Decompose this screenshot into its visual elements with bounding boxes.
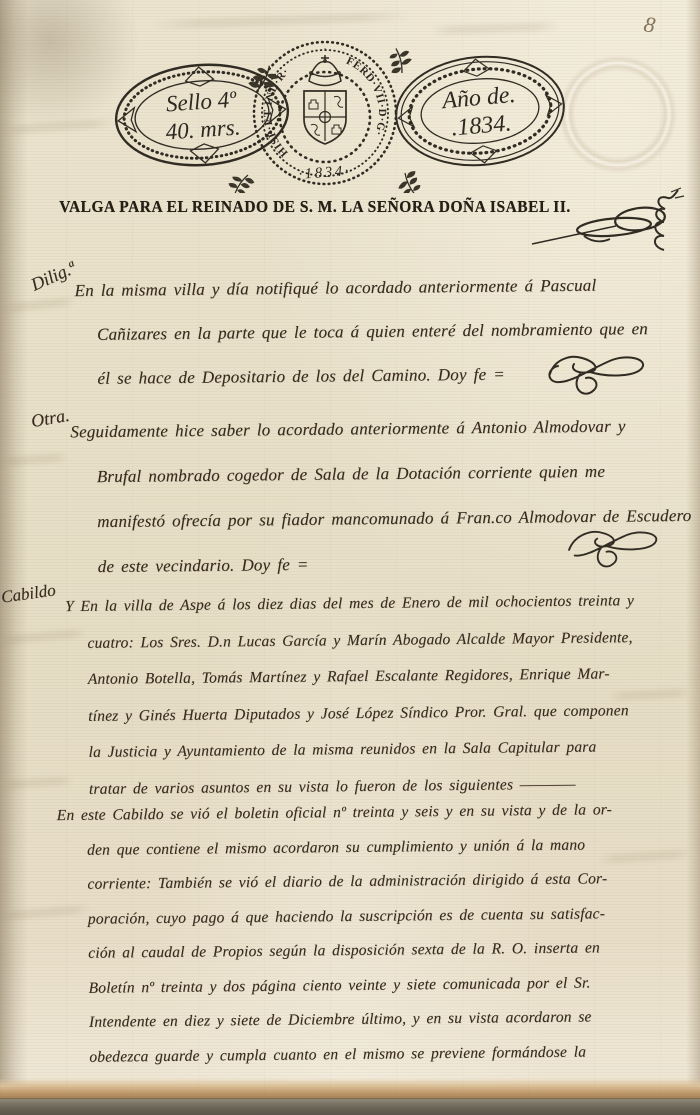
sello-line1: Sello 4º [165,87,238,117]
manuscript-line: Antonio Botella, Tomás Martínez y Rafael… [88,656,635,698]
quill-flourish-icon [528,186,688,271]
seal-year: ·1834· [298,163,351,183]
rubric-icon [540,344,670,408]
entry-cabildo: Y En la villa de Aspe á los diez dias de… [87,583,636,808]
ano-line1: Año de. [439,82,516,114]
manuscript-line: cuatro: Los Sres. D.n Lucas García y Mar… [87,620,634,662]
bleedthrough-smudge [150,11,410,29]
sello-line2: 40. mrs. [165,114,241,144]
book-edge [0,1098,700,1115]
margin-label-otra: Otra. [29,405,71,432]
binding-gutter-shadow [0,0,28,1115]
manuscript-line: En la misma villa y día notifiqué lo aco… [74,263,647,313]
manuscript-line: ción al caudal de Propios según la dispo… [88,931,614,971]
manuscript-line: obedezca guarde y cumpla cuanto en el mi… [89,1035,615,1075]
manuscript-line: den que contiene el mismo acordaron su c… [87,828,613,868]
margin-label-diligencia: Dilig.ª [28,257,79,295]
manuscript-line: Intendente en diez y siete de Diciembre … [89,1000,615,1040]
shield-icon [304,91,346,144]
manuscript-page: 8 Sello 4º 40. mrs. [0,0,700,1115]
rubric-icon [560,518,685,578]
manuscript-line: Boletín nº treinta y dos página ciento v… [88,966,614,1006]
deckle-edge [0,1078,700,1100]
entry-acuerdo-boletin: En este Cabildo se vió el boletin oficia… [87,793,615,1074]
manuscript-line: la Justicia y Ayuntamiento de la misma r… [88,729,635,771]
manuscript-line: tínez y Ginés Huerta Diputados y José Ló… [88,693,635,735]
manuscript-line: Y En la villa de Aspe á los diez dias de… [65,583,634,625]
page-number: 8 [642,11,657,38]
manuscript-line: poración, cuyo pago á que haciendo la su… [88,897,614,937]
manuscript-line: corriente: También se vió el diario de l… [87,862,613,902]
ano-line2: .1834. [450,110,512,141]
revenue-stamp-header: Sello 4º 40. mrs. HISP·ET IND·R· FERD·VI… [105,33,575,193]
manuscript-line: En este Cabildo se vió el boletin oficia… [57,793,613,833]
ano-oval-stamp: Año de. .1834. [392,50,569,172]
crown-icon [309,49,341,86]
manuscript-line: Brufal nombrado cogedor de Sala de la Do… [97,448,692,499]
seal-legend-right: FERD·VII·D·G· [344,55,388,138]
blind-embossed-stamp [558,54,678,174]
manuscript-line: Seguidamente hice saber lo acordado ante… [70,403,691,454]
